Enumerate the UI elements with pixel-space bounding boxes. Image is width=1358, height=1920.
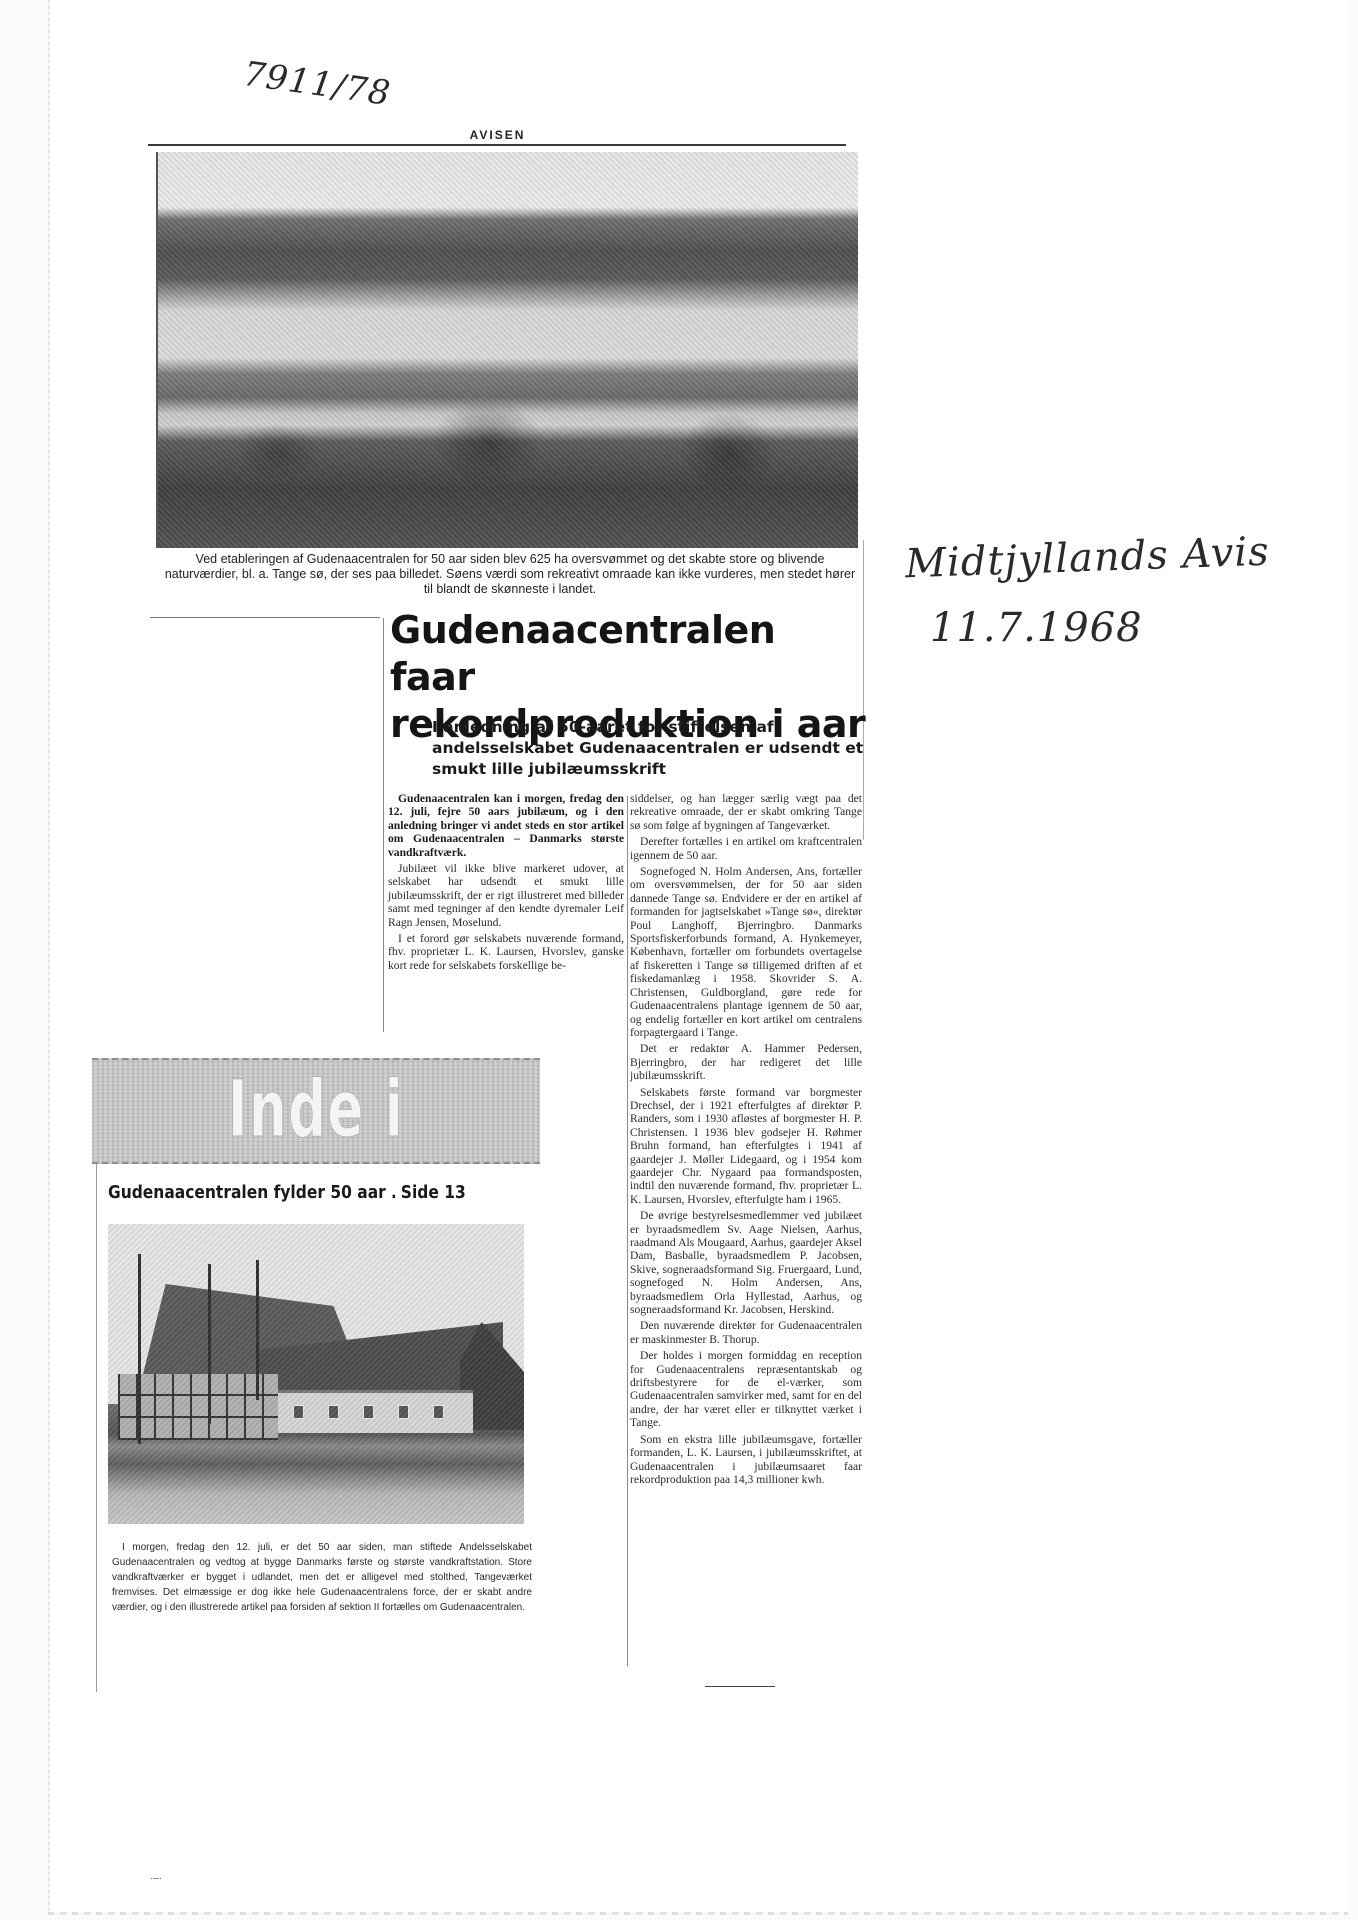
column-divider [627, 796, 628, 1666]
toc-entry-leader: ........... [391, 1182, 396, 1203]
article-column-a: Gudenaacentralen kan i morgen, fredag de… [388, 792, 624, 975]
paragraph: Den nuværende direktør for Gudenaacentra… [630, 1319, 862, 1346]
handwritten-date: 11.7.1968 [930, 605, 1143, 651]
article-column-b: siddelser, og han lægger særlig vægt paa… [630, 792, 862, 1489]
masthead-rule [148, 144, 846, 146]
photo-pole [208, 1264, 211, 1424]
paragraph: Der holdes i morgen formiddag en recepti… [630, 1349, 862, 1429]
paragraph: Derefter fortælles i en artikel om kraft… [630, 835, 862, 862]
toc-entry-title: Gudenaacentralen fylder 50 aar [108, 1182, 386, 1203]
lake-photo-caption: Ved etableringen af Gudenaacentralen for… [160, 552, 860, 597]
article-subheadline: I anledning af 50-aaret for stiftelsen a… [432, 717, 872, 780]
paragraph: Som en ekstra lille jubilæumsgave, fortæ… [630, 1433, 862, 1487]
paragraph: Jubilæet vil ikke blive markeret udover,… [388, 862, 624, 929]
paragraph: Selskabets første formand var borgmester… [630, 1086, 862, 1207]
lead-paragraph: Gudenaacentralen kan i morgen, fredag de… [388, 792, 624, 859]
paragraph: I et forord gør selskabets nuværende for… [388, 932, 624, 972]
stray-ink-mark: ·–· [150, 1873, 162, 1884]
photo-wall [273, 1390, 473, 1433]
photo-switchyard [118, 1374, 278, 1440]
paragraph: De øvrige bestyrelsesmedlemmer ved jubil… [630, 1209, 862, 1316]
headline-line-1: Gudenaacentralen faar [390, 607, 870, 701]
photo-roof-right [258, 1322, 503, 1392]
toc-entry: Gudenaacentralen fylder 50 aar .........… [108, 1182, 466, 1203]
inde-i-bladet-title: Inde i bladet [164, 1060, 469, 1164]
photo-pole [256, 1260, 259, 1400]
inde-i-bladet-banner: Inde i bladet [92, 1058, 540, 1164]
paragraph: Det er redaktør A. Hammer Pedersen, Bjer… [630, 1042, 862, 1082]
caption-rule [150, 617, 380, 618]
paragraph: siddelser, og han lægger særlig vægt paa… [630, 792, 862, 832]
lake-photo [156, 152, 858, 548]
newspaper-masthead: AVISEN [150, 128, 845, 142]
article-end-rule [705, 1686, 775, 1687]
photo-gable [460, 1322, 524, 1430]
paragraph: Sognefoged N. Holm Andersen, Ans, fortæl… [630, 865, 862, 1039]
column-border-left [383, 618, 384, 1032]
building-photo [108, 1224, 524, 1524]
inde-i-bladet-body: I morgen, fredag den 12. juli, er det 50… [112, 1540, 532, 1615]
photo-roof-left [138, 1284, 368, 1394]
toc-entry-page: Side 13 [401, 1182, 466, 1203]
photo-pole [138, 1254, 141, 1444]
sheet-protector-edge [48, 0, 50, 1912]
sheet-protector-bottom-edge [48, 1912, 1348, 1915]
